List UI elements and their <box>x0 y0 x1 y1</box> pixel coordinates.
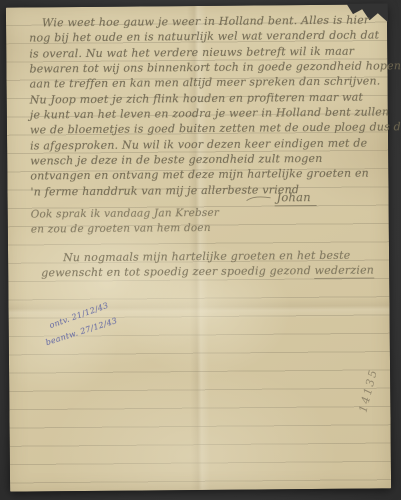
signature: Johan <box>274 190 316 206</box>
letter-line: ontvangen en ontvang met deze mijn harte… <box>30 166 378 184</box>
letter-paper: Wie weet hoe gauw je weer in Holland ben… <box>6 4 391 491</box>
letter-body: Wie weet hoe gauw je weer in Holland ben… <box>29 12 379 199</box>
letter-line: is afgesproken. Nu wil ik voor dezen kee… <box>30 135 378 153</box>
signature-row: Johan <box>246 190 366 207</box>
signature-flourish-icon <box>246 194 272 202</box>
postscript: Ook sprak ik vandaag Jan Krebser en zou … <box>31 205 331 238</box>
closing-block: Nu nogmaals mijn hartelijke groeten en h… <box>41 247 381 281</box>
closing-underlined-word: wederzien <box>315 264 375 280</box>
postscript-line: en zou de groeten van hem doen <box>31 220 331 238</box>
closing-line-text: gewenscht en tot spoedig zeer spoedig ge… <box>41 264 315 279</box>
archive-number: 14135 <box>356 367 380 414</box>
closing-line: gewenscht en tot spoedig zeer spoedig ge… <box>41 263 381 281</box>
photo-background: Wie weet hoe gauw je weer in Holland ben… <box>0 0 401 500</box>
